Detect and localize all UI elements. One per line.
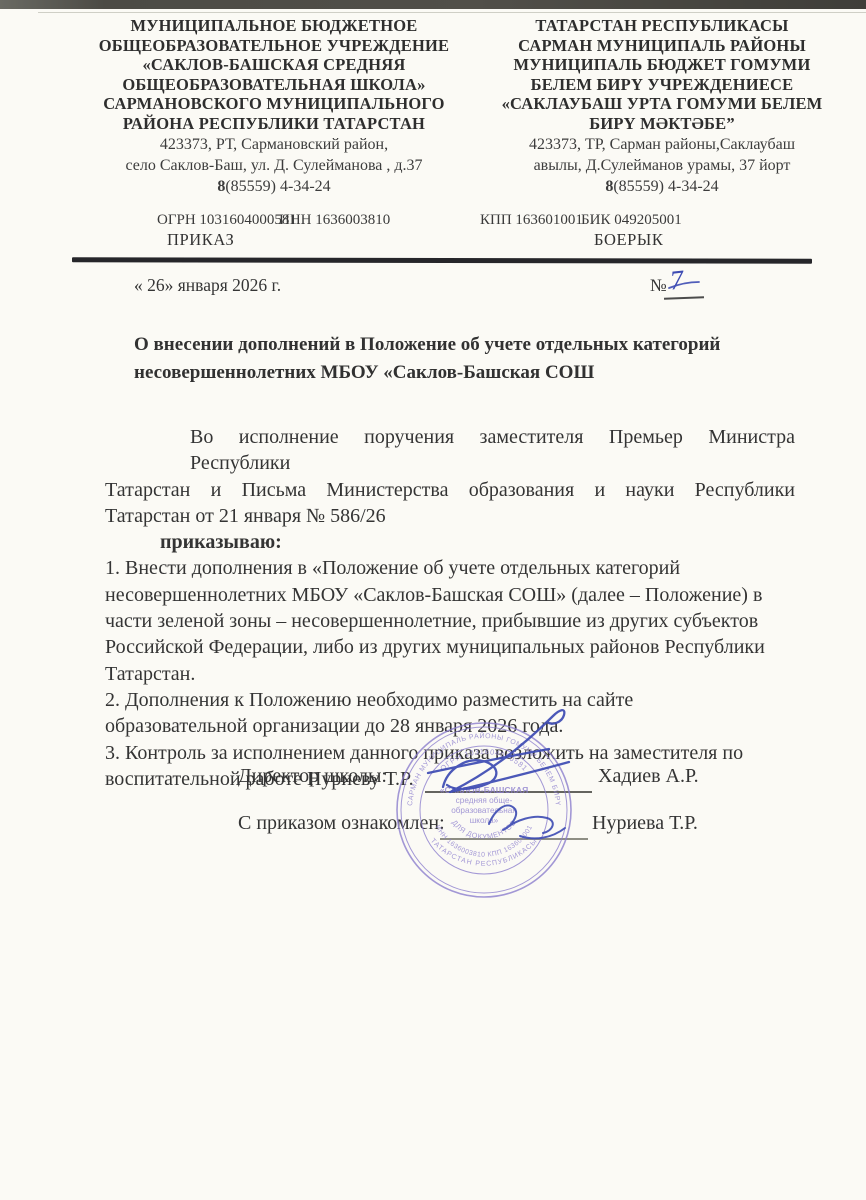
org-name-line: БИРҮ МӘКТӘБЕ” (478, 114, 846, 134)
org-name-line: САРМАНОВСКОГО МУНИЦИПАЛЬНОГО (68, 94, 480, 114)
stamp-inn-kpp-arc-text: ИНН 1636003810 КПП 163601001 (434, 824, 534, 859)
signature-line (440, 838, 588, 840)
handwritten-order-number: 7 (668, 264, 685, 296)
stamp-center-line: школа» (470, 816, 499, 825)
order-title-line: О внесении дополнений в Положение об уче… (134, 331, 794, 359)
signature-row-director: Директор школы: Хадиев А.Р. (238, 765, 387, 788)
signature-line (425, 791, 592, 793)
inn-number: ИНН 1636003810 (279, 212, 390, 229)
order-word: приказываю: (105, 529, 795, 555)
signature-row-acknowledged: С приказом ознакомлен: Нуриева Т.Р. (238, 812, 445, 835)
item2-line: 2. Дополнения к Положению необходимо раз… (105, 687, 795, 713)
order-title: О внесении дополнений в Положение об уче… (134, 331, 794, 387)
org-address-line: село Саклов-Баш, ул. Д. Сулейманова , д.… (68, 156, 480, 176)
doc-type-tatar: БОЕРЫК (594, 230, 664, 250)
svg-text:ИНН 1636003810 КПП 163601001: ИНН 1636003810 КПП 163601001 (434, 824, 534, 859)
item1-line: части зеленой зоны – несовершеннолетние,… (105, 608, 795, 634)
org-address-line: 423373, ТР, Сарман районы,Саклаубаш (478, 135, 846, 155)
org-name-line: ОБЩЕОБРАЗОВАТЕЛЬНАЯ ШКОЛА» (68, 75, 480, 95)
ogrn-number: ОГРН 1031604000581 (157, 212, 297, 229)
body-line: Татарстан и Письма Министерства образова… (105, 477, 795, 503)
scanned-order-document: МУНИЦИПАЛЬНОЕ БЮДЖЕТНОЕ ОБЩЕОБРАЗОВАТЕЛЬ… (0, 0, 866, 1200)
org-name-line: «САКЛАУБАШ УРТА ГОМУМИ БЕЛЕМ (478, 94, 846, 114)
org-name-line: БЕЛЕМ БИРҮ УЧРЕЖДЕНИЕСЕ (478, 75, 846, 95)
number-underline (664, 296, 704, 299)
item3-line: 3. Контроль за исполнением данного прика… (105, 740, 795, 766)
org-name-line: РАЙОНА РЕСПУБЛИКИ ТАТАРСТАН (68, 114, 480, 134)
bik-number: БИК 049205001 (581, 212, 682, 229)
body-line: Татарстан от 21 января № 586/26 (105, 503, 795, 529)
org-name-line: ТАТАРСТАН РЕСПУБЛИКАСЫ (478, 16, 846, 36)
phone-number: (85559) 4-34-24 (613, 178, 718, 195)
stamp-center-line: образовательная (451, 806, 517, 815)
org-name-line: «САКЛОВ-БАШСКАЯ СРЕДНЯЯ (68, 55, 480, 75)
org-address-line: 423373, РТ, Сармановский район, (68, 135, 480, 155)
signature-name: Нуриева Т.Р. (592, 812, 698, 835)
phone-number: (85559) 4-34-24 (225, 178, 330, 195)
signature-name: Хадиев А.Р. (598, 765, 699, 788)
item1-line: 1. Внести дополнения в «Положение об уче… (105, 555, 795, 581)
org-phone: 8(85559) 4-34-24 (68, 177, 480, 197)
scan-edge-artifact (0, 0, 866, 9)
signature-label: Директор школы: (238, 765, 387, 787)
org-name-line: МУНИЦИПАЛЬ БЮДЖЕТ ГОМУМИ (478, 55, 846, 75)
org-phone: 8(85559) 4-34-24 (478, 177, 846, 197)
body-line: Во исполнение поручения заместителя Прем… (105, 424, 795, 477)
svg-text:ТАТАРСТАН РЕСПУБЛИКАСЫ: ТАТАРСТАН РЕСПУБЛИКАСЫ (429, 837, 539, 867)
item2-line: образовательной организации до 28 января… (105, 713, 795, 739)
org-name-line: САРМАН МУНИЦИПАЛЬ РАЙОНЫ (478, 36, 846, 56)
item1-line: Российской Федерации, либо из других мун… (105, 634, 795, 660)
order-date: « 26» января 2026 г. (134, 275, 281, 296)
signature-label: С приказом ознакомлен: (238, 812, 445, 834)
header-divider-rule (72, 257, 812, 264)
order-title-line: несовершеннолетних МБОУ «Саклов-Башская … (134, 359, 794, 387)
stamp-outer-ring-bottom-text: ТАТАРСТАН РЕСПУБЛИКАСЫ (429, 837, 539, 867)
item1-line: Татарстан. (105, 661, 795, 687)
org-name-line: МУНИЦИПАЛЬНОЕ БЮДЖЕТНОЕ (68, 16, 480, 36)
kpp-number: КПП 163601001 (480, 212, 583, 229)
org-name-line: ОБЩЕОБРАЗОВАТЕЛЬНОЕ УЧРЕЖДЕНИЕ (68, 36, 480, 56)
scan-edge-line (38, 12, 866, 13)
letterhead-tatar: ТАТАРСТАН РЕСПУБЛИКАСЫ САРМАН МУНИЦИПАЛЬ… (478, 16, 846, 197)
doc-type-russian: ПРИКАЗ (167, 230, 234, 250)
item1-line: несовершеннолетних МБОУ «Саклов-Башская … (105, 582, 795, 608)
number-sign: № (650, 275, 667, 296)
signature-acknowledged-ink (489, 805, 565, 838)
letterhead-russian: МУНИЦИПАЛЬНОЕ БЮДЖЕТНОЕ ОБЩЕОБРАЗОВАТЕЛЬ… (68, 16, 480, 197)
stamp-center-line: средняя обще- (456, 796, 513, 805)
order-body: Во исполнение поручения заместителя Прем… (105, 424, 795, 792)
org-address-line: авылы, Д.Сулейманов урамы, 37 йорт (478, 156, 846, 176)
